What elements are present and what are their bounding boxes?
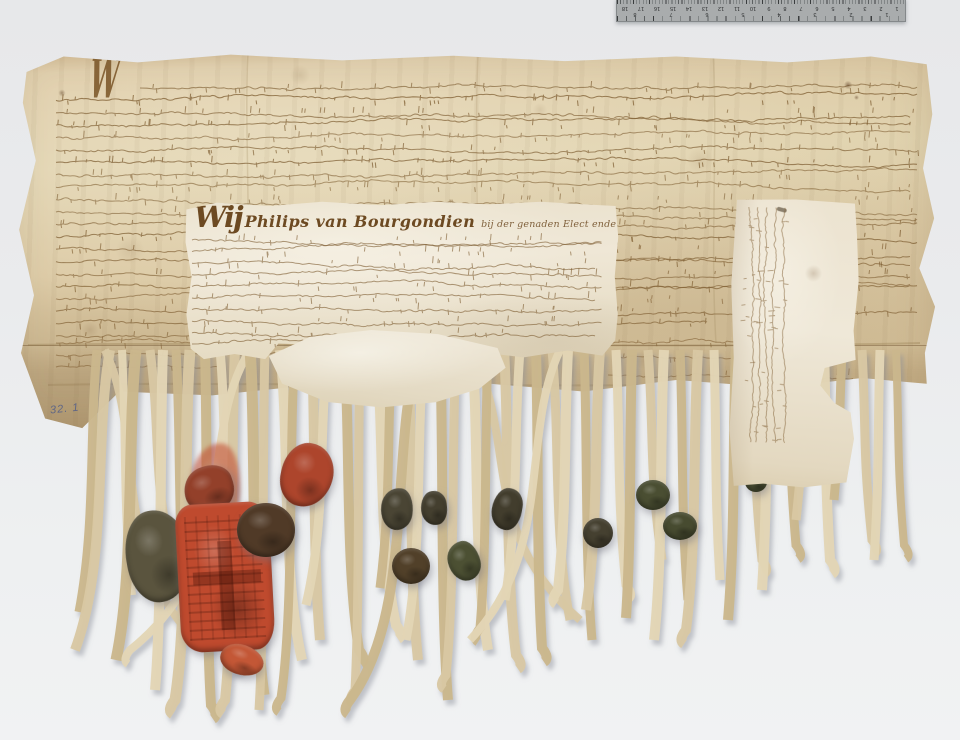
vertical-script-column: [775, 208, 791, 443]
notarial-strip: [723, 197, 863, 492]
parchment-stain: [842, 79, 854, 91]
wax-seal-red-upper: [275, 438, 339, 511]
ruler-number-cm: 17: [633, 4, 649, 11]
plica-note-line: [56, 361, 217, 371]
ruler-cm-numbers: 181716151413121110987654321: [617, 4, 905, 11]
ruler-number-cm: 5: [825, 4, 841, 11]
script-line: [192, 233, 602, 247]
script-line: [192, 268, 602, 281]
seal-tag: [584, 350, 592, 640]
seal-tag: [626, 350, 632, 618]
seal-tag: [616, 350, 631, 599]
seal-tag: [116, 350, 136, 660]
scale-ruler: 181716151413121110987654321 87654321: [616, 0, 906, 22]
ruler-number-cm: 13: [697, 4, 713, 11]
ruler-inch-ticks: [617, 16, 905, 21]
ruler-number-cm: 7: [793, 4, 809, 11]
parchment-stain: [286, 61, 314, 89]
wax-seal-round-brown-2: [392, 548, 430, 584]
ruler-number-cm: 3: [857, 4, 873, 11]
wax-seal-green-2: [636, 480, 670, 510]
wax-seal-round-brown: [237, 503, 295, 557]
parchment-stain: [78, 318, 102, 342]
parchment-stain: [631, 346, 659, 374]
script-line: [56, 143, 919, 156]
script-line: [192, 242, 602, 258]
wax-seal-green-1: [444, 538, 485, 585]
wax-seal-dark-3: [489, 486, 526, 533]
ruler-number-cm: 11: [729, 4, 745, 11]
script-line: [192, 316, 602, 327]
seal-tag: [862, 350, 877, 554]
seal-tag: [874, 350, 880, 560]
script-line: [56, 156, 917, 168]
ruler-number-cm: 15: [665, 4, 681, 11]
seal-tag: [552, 350, 570, 620]
parchment-stain: [853, 94, 860, 101]
script-line: [56, 180, 910, 193]
wax-seal-dark-1: [378, 486, 416, 532]
seal-tag: [475, 350, 488, 642]
archival-number: 32. 1: [49, 401, 80, 416]
script-line: [192, 303, 602, 315]
seal-tag: [680, 350, 688, 600]
ruler-number-cm: 6: [809, 4, 825, 11]
vertical-script-column: [748, 207, 764, 442]
script-line: [140, 81, 917, 94]
wax-seal-green-3: [663, 512, 697, 540]
script-line: [56, 91, 917, 106]
script-line: [56, 106, 914, 125]
script-line: [56, 130, 910, 143]
parchment-stain: [682, 142, 718, 178]
strip-script: [723, 197, 863, 492]
script-line: [192, 256, 595, 270]
seal-tag: [470, 350, 580, 620]
script-line: [192, 291, 595, 304]
wax-seal-dark-2: [419, 490, 448, 527]
seal-tag: [536, 350, 547, 662]
ruler-number-cm: 2: [873, 4, 889, 11]
parchment-stain: [110, 230, 150, 270]
ruler-number-cm: 1: [889, 4, 905, 11]
crease-line: [713, 51, 716, 343]
ruler-number-cm: 4: [841, 4, 857, 11]
wax-seal-dark-4: [583, 518, 613, 548]
ruler-number-cm: 14: [681, 4, 697, 11]
script-line: [56, 168, 917, 181]
seal-tag: [440, 350, 448, 700]
seal-tag: [472, 350, 488, 650]
seal-tag: [505, 350, 520, 600]
vertical-script-column: [754, 207, 773, 442]
ruler-number-cm: 18: [617, 4, 633, 11]
parchment-stain: [530, 100, 550, 120]
seal-tag: [681, 350, 698, 644]
photograph-scene: 181716151413121110987654321 87654321 W 3…: [0, 0, 960, 740]
ruler-number-cm: 8: [777, 4, 793, 11]
ruler-number-cm: 9: [761, 4, 777, 11]
script-line: [192, 280, 602, 293]
ruler-number-cm: 16: [649, 4, 665, 11]
illuminated-initial: W: [88, 49, 121, 112]
heading-name: Philips van Bourgondien: [245, 212, 476, 231]
seal-tag: [714, 350, 720, 580]
ruler-number-cm: 10: [745, 4, 761, 11]
script-line: [56, 116, 910, 131]
parchment-stain: [57, 88, 67, 98]
ruler-number-cm: 12: [713, 4, 729, 11]
